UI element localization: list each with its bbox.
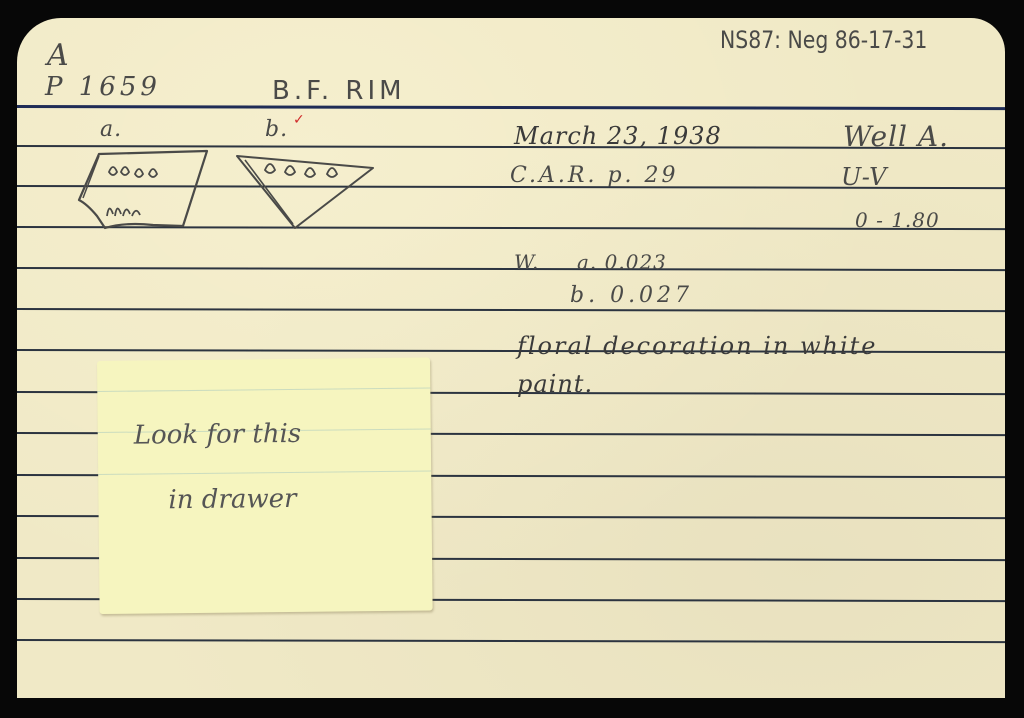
find-location: Well A. (843, 120, 949, 153)
rule-line (17, 267, 1005, 271)
negative-reference: NS87: Neg 86-17-31 (720, 26, 927, 54)
sherd-sketch-b-icon (235, 152, 395, 232)
object-type: B.F. RIM (272, 76, 406, 106)
sketch-a-label: a. (100, 117, 122, 142)
sticky-note: Look for this in drawer (97, 358, 433, 614)
sticky-note-line-2: in drawer (168, 484, 296, 515)
sticky-rule-line (97, 388, 430, 392)
rule-line (17, 308, 1005, 312)
section-letter: A (47, 38, 70, 73)
header-rule (17, 105, 1005, 110)
width-label: W. (514, 250, 539, 274)
check-mark-icon: ✓ (293, 112, 305, 128)
publication-reference: C.A.R. p. 29 (510, 163, 679, 188)
excavation-date: March 23, 1938 (514, 122, 722, 150)
catalog-number: P 1659 (45, 72, 161, 102)
width-b: b. 0.027 (570, 283, 693, 308)
layer: U-V (841, 163, 888, 191)
sherd-sketch-a-icon (75, 146, 215, 236)
description-line-1: floral decoration in white (517, 332, 877, 360)
width-a: a. 0.023 (577, 250, 667, 274)
sketch-b-label: b. (265, 117, 288, 142)
sticky-rule-line (98, 471, 431, 475)
depth-range: 0 - 1.80 (855, 208, 940, 232)
rule-line (17, 639, 1005, 643)
description-line-2: paint. (517, 370, 593, 398)
sticky-note-line-1: Look for this (134, 419, 302, 451)
